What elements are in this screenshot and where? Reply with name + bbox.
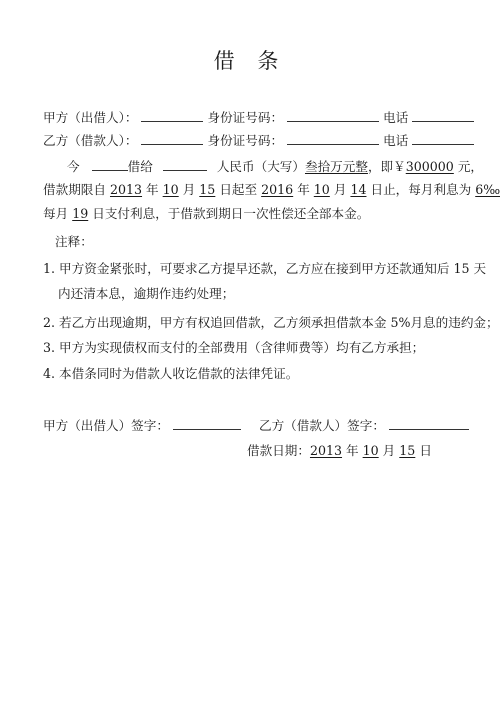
signature-line: 甲方（出借人）签字： 乙方（借款人）签字： — [43, 417, 469, 434]
party-a-signature-label: 甲方（出借人）签字： — [43, 418, 169, 433]
party-a-name-field[interactable] — [141, 109, 203, 122]
note-item: 1. 甲方资金紧张时，可要求乙方提早还款，乙方应在接到甲方还款通知后 15 天 — [43, 261, 486, 277]
note-item: 4. 本借条同时为借款人收讫借款的法律凭证。 — [43, 366, 298, 382]
loan-date-label: 借款日期： — [247, 443, 310, 458]
note-item: 2. 若乙方出现逾期，甲方有权追回借款，乙方须承担借款本金 5%月息的违约金； — [43, 315, 499, 331]
party-a-signature-field[interactable] — [173, 417, 241, 430]
notes-heading: 注释： — [55, 234, 93, 250]
party-b-label: 乙方（借款人）： — [43, 133, 137, 148]
party-a-info-line: 甲方（出借人）： 身份证号码： 电话 — [43, 109, 474, 126]
note-text: 若乙方出现逾期，甲方有权追回借款，乙方须承担借款本金 5%月息的违约金； — [59, 315, 499, 330]
lender-blank[interactable] — [163, 158, 207, 171]
party-b-signature-field[interactable] — [389, 417, 469, 430]
note-item-continuation: 内还清本息，逾期作违约处理； — [58, 286, 234, 302]
loan-term-line: 借款期限自 2013 年 10 月 15 日起至 2016 年 10 月 14 … — [43, 182, 500, 198]
end-day: 14 — [350, 182, 366, 197]
loan-prefix: 今 — [67, 159, 80, 174]
party-b-phone-label: 电话 — [383, 133, 408, 148]
party-a-label: 甲方（出借人）： — [43, 110, 137, 125]
term-prefix: 借款期限自 — [43, 182, 110, 197]
amount-number: 300000 — [406, 159, 454, 174]
party-b-name-field[interactable] — [141, 132, 203, 145]
start-suffix: 日起至 — [215, 182, 261, 197]
note-text: 甲方为实现债权而支付的全部费用（含律师费等）均有乙方承担； — [59, 340, 424, 355]
start-day: 15 — [199, 182, 215, 197]
loan-date-day: 15 — [399, 443, 415, 458]
loan-date-month: 10 — [363, 443, 379, 458]
party-b-info-line: 乙方（借款人）： 身份证号码： 电话 — [43, 132, 474, 149]
note-text: 本借条同时为借款人收讫借款的法律凭证。 — [59, 366, 298, 381]
start-month: 10 — [163, 182, 179, 197]
party-a-phone-field[interactable] — [412, 109, 474, 122]
day-char: 日 — [415, 443, 432, 458]
party-a-phone-label: 电话 — [383, 110, 408, 125]
year-char: 年 — [293, 182, 314, 197]
pay-day: 19 — [72, 206, 88, 221]
document-title: 借 条 — [0, 48, 500, 74]
note-number: 4. — [43, 366, 55, 381]
month-char: 月 — [179, 182, 200, 197]
loan-date-line: 借款日期：2013 年 10 月 15 日 — [247, 443, 432, 459]
currency-label: 人民币（大写） — [217, 159, 305, 174]
party-b-signature-label: 乙方（借款人）签字： — [259, 418, 385, 433]
party-a-id-field[interactable] — [287, 109, 379, 122]
amount-separator: ，即￥ — [368, 159, 406, 174]
note-number: 2. — [43, 315, 55, 330]
payment-line: 每月 19 日支付利息，于借款到期日一次性偿还全部本金。 — [43, 206, 369, 222]
party-b-id-label: 身份证号码： — [207, 133, 283, 148]
end-year: 2016 — [261, 182, 293, 197]
amount-words: 叁拾万元整 — [305, 159, 368, 174]
note-item: 3. 甲方为实现债权而支付的全部费用（含律师费等）均有乙方承担； — [43, 340, 424, 356]
note-text: 甲方资金紧张时，可要求乙方提早还款，乙方应在接到甲方还款通知后 15 天 — [59, 261, 486, 276]
party-a-id-label: 身份证号码： — [207, 110, 283, 125]
end-suffix: 日止，每月利息为 — [366, 182, 475, 197]
borrower-blank[interactable] — [92, 158, 128, 171]
interest-rate: 6‰ — [475, 182, 500, 197]
start-year: 2013 — [110, 182, 142, 197]
party-b-id-field[interactable] — [287, 132, 379, 145]
note-number: 3. — [43, 340, 55, 355]
payment-suffix: 日支付利息，于借款到期日一次性偿还全部本金。 — [88, 206, 369, 221]
year-char: 年 — [342, 443, 363, 458]
end-month: 10 — [314, 182, 330, 197]
payment-prefix: 每月 — [43, 206, 72, 221]
amount-suffix: 元， — [454, 159, 483, 174]
month-char: 月 — [379, 443, 400, 458]
note-number: 1. — [43, 261, 55, 276]
lend-to-text: 借给 — [128, 159, 153, 174]
loan-statement-line: 今 借给 人民币（大写）叁拾万元整，即￥300000 元， — [67, 158, 483, 175]
month-char: 月 — [330, 182, 351, 197]
party-b-phone-field[interactable] — [412, 132, 474, 145]
loan-date-year: 2013 — [310, 443, 342, 458]
year-char: 年 — [142, 182, 163, 197]
